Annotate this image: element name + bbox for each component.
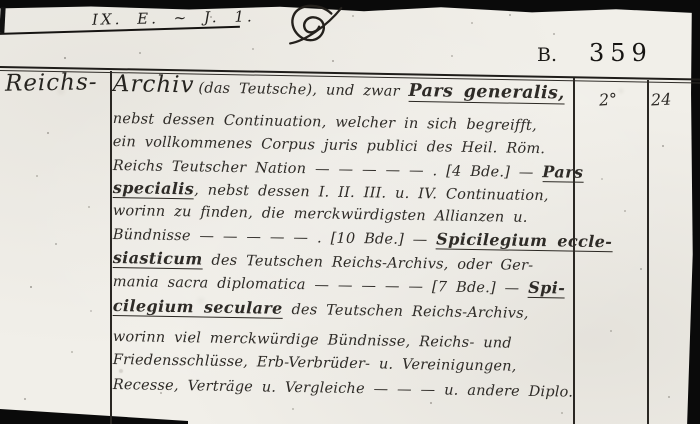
series-letter: B. — [537, 44, 557, 66]
page-number: 359 — [589, 39, 653, 67]
column-divider-count — [647, 80, 649, 424]
entry-headword: Archiv — [113, 71, 195, 98]
monogram-d-flourish-icon — [276, 0, 351, 58]
volume-count: 24 — [651, 89, 672, 109]
format-value: 2° — [598, 89, 617, 109]
entry-keyword: Reichs- — [5, 69, 98, 97]
entry-line-1-text: (das Teutsche), und zwar Pars generalis, — [198, 80, 565, 102]
scanned-catalog-page: IX. E. ~ J. 1. B. 359 Reichs- Archiv(das… — [0, 0, 700, 424]
column-divider-keyword — [110, 71, 112, 424]
